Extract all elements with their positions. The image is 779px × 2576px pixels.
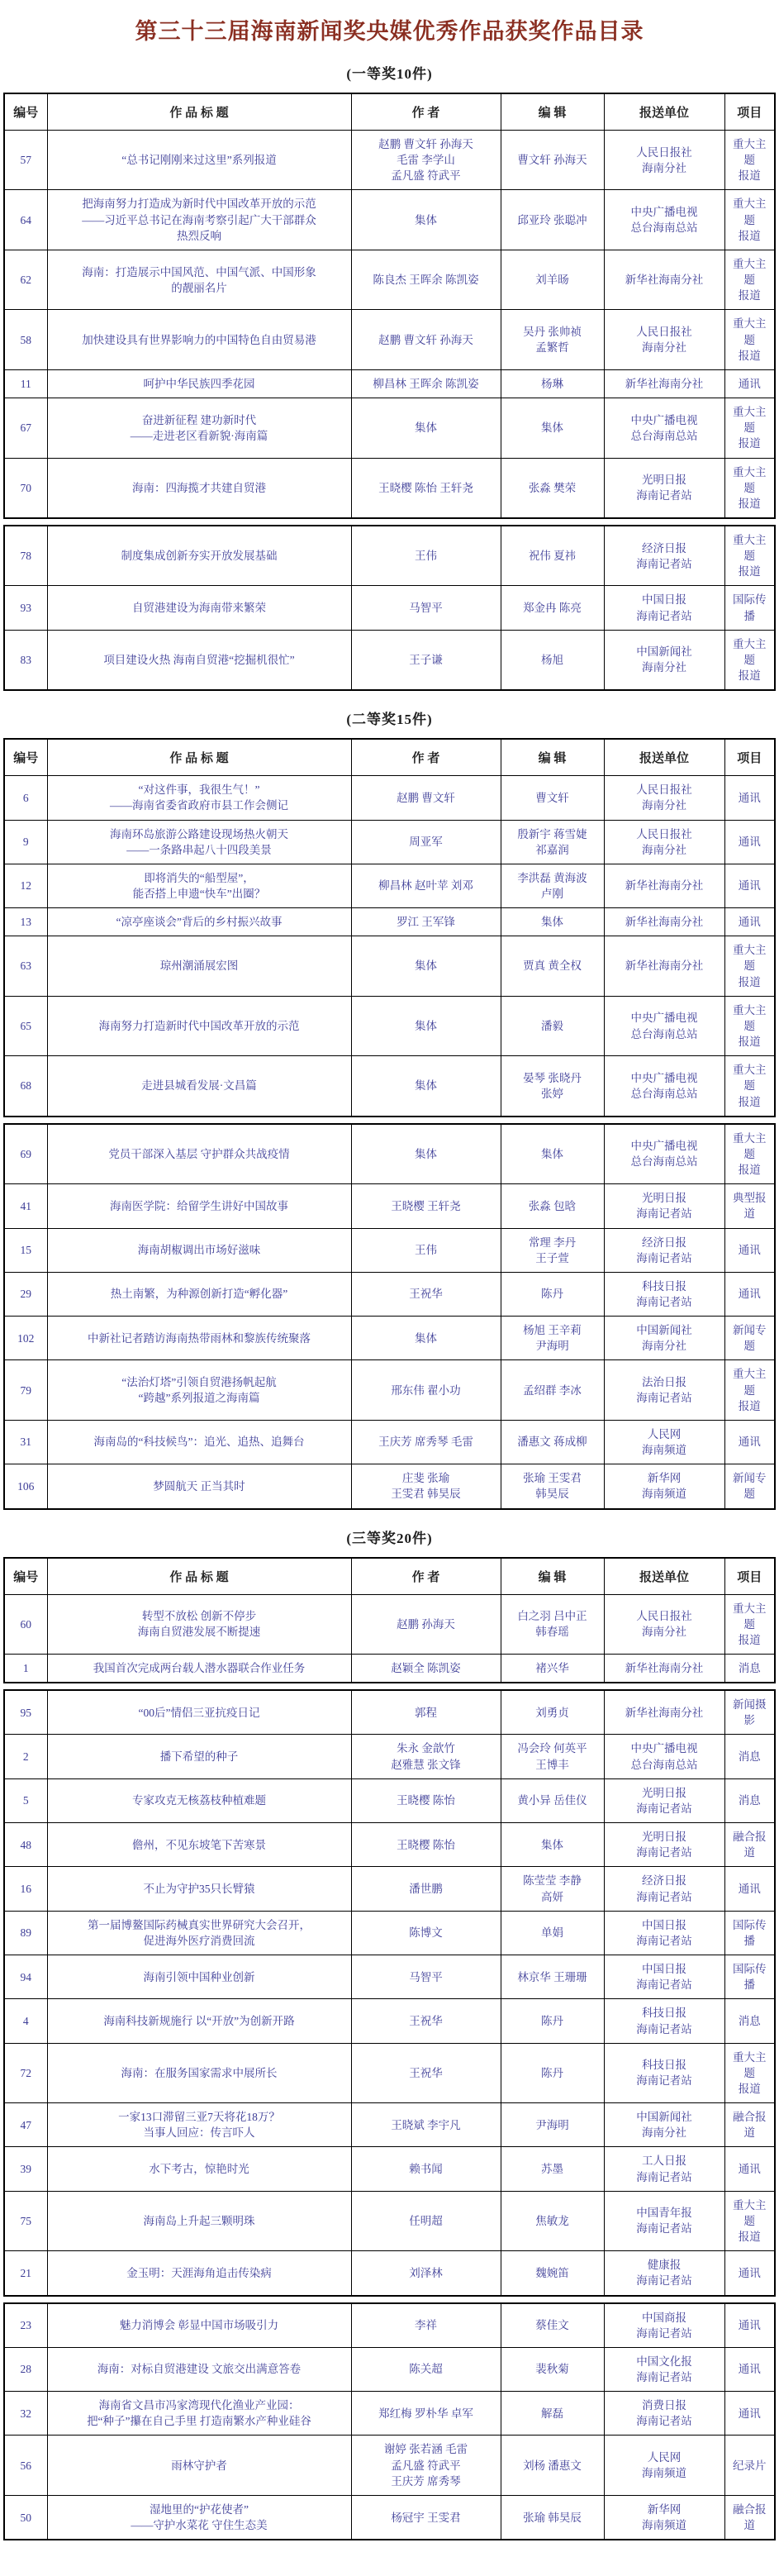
table-row: 60转型不放松 创新不停步 海南自贸港发展不断提速赵鹏 孙海天白之羽 吕中正 韩… [4,1594,775,1654]
cell-title: 儋州，不见东坡笔下苦寒景 [47,1823,351,1867]
cell-editors: 曹文轩 孙海天 [501,131,604,190]
cell-authors: 赵鹏 曹文轩 孙海天 毛雷 李学山 孟凡盛 符武平 [351,131,501,190]
cell-editors: 潘惠文 蒋成柳 [501,1420,604,1464]
cell-unit: 中国日报 海南记者站 [604,1911,724,1955]
cell-title: 海南省文昌市冯家湾现代化渔业产业园： 把“种子”攥在自己手里 打造南繁水产种业硅… [47,2392,351,2436]
cell-authors: 王晓樱 陈怡 [351,1823,501,1867]
table-row: 16不止为守护35只长臂猿潘世鹏陈莹莹 李静 高妍经济日报 海南记者站通讯 [4,1867,775,1911]
cell-authors: 赵鹏 孙海天 [351,1594,501,1654]
cell-title: 把海南努力打造成为新时代中国改革开放的示范 ——习近平总书记在海南考察引起广大干… [47,190,351,250]
cell-no: 56 [4,2436,47,2495]
cell-no: 89 [4,1911,47,1955]
cell-no: 57 [4,131,47,190]
cell-authors: 周亚军 [351,820,501,864]
header-row: 编号作 品 标 题作 者编 辑报送单位项目 [4,1558,775,1595]
cell-editors: 祝伟 夏祎 [501,526,604,586]
cell-no: 75 [4,2191,47,2250]
cell-title: 海南：打造展示中国风范、中国气派、中国形象 的靓丽名片 [47,250,351,309]
cell-unit: 光明日报 海南记者站 [604,1823,724,1867]
table-row: 68走进县城看发展·文昌篇集体晏琴 张晓丹 张婷中央广播电视 总台海南总站重大主… [4,1056,775,1117]
cell-category: 重大主题 报道 [724,996,775,1055]
cell-editors: 陈丹 [501,2043,604,2102]
cell-authors: 刘泽林 [351,2251,501,2296]
cell-title: 海南科技新规施行 以“开放”为创新开路 [47,1999,351,2043]
cell-category: 国际传播 [724,1955,775,1999]
cell-unit: 中国文化报 海南记者站 [604,2347,724,2391]
cell-category: 消息 [724,1999,775,2043]
cell-authors: 集体 [351,996,501,1055]
cell-authors: 赵鹏 曹文轩 孙海天 [351,310,501,369]
cell-title: 海南：对标自贸港建设 文旅交出满意答卷 [47,2347,351,2391]
cell-title: 项目建设火热 海南自贸港“挖掘机很忙” [47,630,351,690]
cell-editors: 冯会玲 何英平 王博丰 [501,1735,604,1778]
cell-title: “总书记刚刚来过这里”系列报道 [47,131,351,190]
cell-no: 63 [4,936,47,996]
cell-editors: 贾真 黄全权 [501,936,604,996]
cell-category: 重大主题 报道 [724,250,775,309]
cell-editors: 裴秋菊 [501,2347,604,2391]
cell-unit: 中央广播电视 总台海南总站 [604,398,724,458]
award-table: 69党员干部深入基层 守护群众共战疫情集体集体中央广播电视 总台海南总站重大主题… [3,1123,776,1510]
cell-unit: 人民网 海南频道 [604,2436,724,2495]
cell-editors: 集体 [501,1823,604,1867]
cell-unit: 人民网 海南频道 [604,1420,724,1464]
cell-authors: 柳昌林 王晖余 陈凯姿 [351,369,501,398]
cell-category: 新闻专题 [724,1464,775,1509]
table-row: 28海南：对标自贸港建设 文旅交出满意答卷陈关超裴秋菊中国文化报 海南记者站通讯 [4,2347,775,2391]
table-row: 62海南：打造展示中国风范、中国气派、中国形象 的靓丽名片陈良杰 王晖余 陈凯姿… [4,250,775,309]
cell-no: 83 [4,630,47,690]
cell-unit: 中国日报 海南记者站 [604,586,724,630]
cell-title: 加快建设具有世界影响力的中国特色自由贸易港 [47,310,351,369]
cell-authors: 集体 [351,1317,501,1360]
table-row: 15海南胡椒调出市场好滋味王伟常理 李丹 王子萱经济日报 海南记者站通讯 [4,1228,775,1272]
cell-no: 60 [4,1594,47,1654]
cell-no: 15 [4,1228,47,1272]
cell-title: 海南医学院：给留学生讲好中国故事 [47,1184,351,1228]
cell-category: 重大主题 报道 [724,2043,775,2102]
cell-no: 47 [4,2103,47,2147]
cell-category: 重大主题 报道 [724,310,775,369]
cell-category: 重大主题 报道 [724,1056,775,1117]
cell-authors: 罗江 王军锋 [351,908,501,936]
cell-authors: 赵颖全 陈凯姿 [351,1655,501,1683]
cell-unit: 新华网 海南频道 [604,1464,724,1509]
cell-title: 热土南繁，为种源创新打造“孵化器” [47,1272,351,1316]
cell-no: 16 [4,1867,47,1911]
cell-authors: 李祥 [351,2303,501,2348]
cell-editors: 晏琴 张晓丹 张婷 [501,1056,604,1117]
cell-category: 重大主题 报道 [724,630,775,690]
cell-authors: 潘世鹏 [351,1867,501,1911]
cell-editors: 李洪磊 黄海波 卢刚 [501,864,604,907]
table-row: 75海南岛上升起三颗明珠任明超焦敏龙中国青年报 海南记者站重大主题 报道 [4,2191,775,2250]
table-row: 93自贸港建设为海南带来繁荣马智平郑金冉 陈亮中国日报 海南记者站国际传播 [4,586,775,630]
cell-category: 新闻专题 [724,1317,775,1360]
cell-authors: 陈博文 [351,1911,501,1955]
column-header: 报送单位 [604,93,724,131]
cell-editors: 张淼 樊荣 [501,458,604,518]
cell-category: 融合报道 [724,1823,775,1867]
table-row: 65海南努力打造新时代中国改革开放的示范集体潘毅中央广播电视 总台海南总站重大主… [4,996,775,1055]
table-row: 72海南：在服务国家需求中展所长王祝华陈丹科技日报 海南记者站重大主题 报道 [4,2043,775,2102]
cell-authors: 集体 [351,190,501,250]
cell-authors: 赵鹏 曹文轩 [351,776,501,820]
table-row: 32海南省文昌市冯家湾现代化渔业产业园： 把“种子”攥在自己手里 打造南繁水产种… [4,2392,775,2436]
table-row: 95“00后”情侣三亚抗疫日记郭程刘勇贞新华社海南分社新闻摄影 [4,1690,775,1735]
cell-no: 64 [4,190,47,250]
cell-unit: 科技日报 海南记者站 [604,1272,724,1316]
cell-authors: 集体 [351,1124,501,1184]
table-row: 9海南环岛旅游公路建设现场热火朝天 ——一条路串起八十四段美景周亚军殷新宇 蒋雪… [4,820,775,864]
header-row: 编号作 品 标 题作 者编 辑报送单位项目 [4,739,775,776]
cell-title: 第一届博鳌国际药械真实世界研究大会召开， 促进海外医疗消费回流 [47,1911,351,1955]
cell-editors: 集体 [501,908,604,936]
cell-editors: 郑金冉 陈亮 [501,586,604,630]
cell-unit: 新华社海南分社 [604,369,724,398]
cell-editors: 蔡佳文 [501,2303,604,2348]
column-header: 报送单位 [604,1558,724,1595]
cell-no: 28 [4,2347,47,2391]
cell-no: 106 [4,1464,47,1509]
cell-title: 专家攻克无核荔枝种植难题 [47,1778,351,1822]
cell-editors: 殷新宇 蒋雪婕 祁嘉润 [501,820,604,864]
table-row: 56雨林守护者谢婷 张若涵 毛雷 孟凡盛 符武平 王庆芳 席秀琴刘杨 潘惠文人民… [4,2436,775,2495]
table-row: 12即将消失的“船型屋”， 能否搭上申遗“快车”出圈？柳昌林 赵叶苹 刘邓李洪磊… [4,864,775,907]
table-row: 50湿地里的“护花使者” ——守护水菜花 守住生态美杨冠宇 王雯君张瑜 韩昊辰新… [4,2495,775,2540]
table-row: 1我国首次完成两台载人潜水器联合作业任务赵颖全 陈凯姿褚兴华新华社海南分社消息 [4,1655,775,1683]
table-row: 23魅力消博会 彰显中国市场吸引力李祥蔡佳文中国商报 海南记者站通讯 [4,2303,775,2348]
cell-unit: 消费日报 海南记者站 [604,2392,724,2436]
cell-unit: 中国青年报 海南记者站 [604,2191,724,2250]
table-row: 2播下希望的种子朱永 金歆竹 赵雅慧 张文锋冯会玲 何英平 王博丰中央广播电视 … [4,1735,775,1778]
cell-title: 海南岛的“科技候鸟”：追光、追热、追舞台 [47,1420,351,1464]
cell-title: 琼州潮涌展宏图 [47,936,351,996]
cell-no: 12 [4,864,47,907]
cell-category: 重大主题 报道 [724,1594,775,1654]
cell-category: 通讯 [724,864,775,907]
column-header: 编号 [4,739,47,776]
cell-category: 通讯 [724,2251,775,2296]
cell-no: 72 [4,2043,47,2102]
cell-unit: 健康报 海南记者站 [604,2251,724,2296]
cell-category: 重大主题 报道 [724,2191,775,2250]
cell-editors: 杨琳 [501,369,604,398]
cell-title: 播下希望的种子 [47,1735,351,1778]
table-row: 21金玉明：天涯海角追击传染病刘泽林魏婉笛健康报 海南记者站通讯 [4,2251,775,2296]
cell-unit: 经济日报 海南记者站 [604,1228,724,1272]
cell-no: 31 [4,1420,47,1464]
cell-editors: 张瑜 韩昊辰 [501,2495,604,2540]
header-row: 编号作 品 标 题作 者编 辑报送单位项目 [4,93,775,131]
table-row: 39水下考古，惊艳时光赖书闻苏墨工人日报 海南记者站通讯 [4,2147,775,2191]
cell-no: 79 [4,1360,47,1420]
column-header: 作 品 标 题 [47,739,351,776]
table-row: 102中新社记者踏访海南热带雨林和黎族传统聚落集体杨旭 王辛莉 尹海明中国新闻社… [4,1317,775,1360]
cell-category: 重大主题 报道 [724,398,775,458]
cell-title: 海南环岛旅游公路建设现场热火朝天 ——一条路串起八十四段美景 [47,820,351,864]
cell-unit: 人民日报社 海南分社 [604,131,724,190]
cell-editors: 集体 [501,1124,604,1184]
cell-no: 29 [4,1272,47,1316]
cell-title: 海南努力打造新时代中国改革开放的示范 [47,996,351,1055]
cell-unit: 中央广播电视 总台海南总站 [604,1056,724,1117]
cell-editors: 焦敏龙 [501,2191,604,2250]
cell-title: 党员干部深入基层 守护群众共战疫情 [47,1124,351,1184]
cell-editors: 陈丹 [501,1272,604,1316]
cell-no: 4 [4,1999,47,2043]
award-table: 编号作 品 标 题作 者编 辑报送单位项目6“对这件事，我很生气！” ——海南省… [3,738,776,1117]
cell-unit: 新华社海南分社 [604,936,724,996]
cell-unit: 中国日报 海南记者站 [604,1955,724,1999]
cell-title: 即将消失的“船型屋”， 能否搭上申遗“快车”出圈？ [47,864,351,907]
cell-authors: 柳昌林 赵叶苹 刘邓 [351,864,501,907]
table-row: 29热土南繁，为种源创新打造“孵化器”王祝华陈丹科技日报 海南记者站通讯 [4,1272,775,1316]
cell-authors: 王晓樱 王轩尧 [351,1184,501,1228]
column-header: 作 品 标 题 [47,1558,351,1595]
cell-authors: 王伟 [351,1228,501,1272]
cell-title: 我国首次完成两台载人潜水器联合作业任务 [47,1655,351,1683]
table-row: 57“总书记刚刚来过这里”系列报道赵鹏 曹文轩 孙海天 毛雷 李学山 孟凡盛 符… [4,131,775,190]
table-row: 5专家攻克无核荔枝种植难题王晓樱 陈怡黄小异 岳佳仪光明日报 海南记者站消息 [4,1778,775,1822]
cell-editors: 吴丹 张帅祯 孟繁哲 [501,310,604,369]
cell-no: 70 [4,458,47,518]
column-header: 报送单位 [604,739,724,776]
cell-editors: 杨旭 王辛莉 尹海明 [501,1317,604,1360]
cell-unit: 中国新闻社 海南分社 [604,2103,724,2147]
cell-unit: 新华社海南分社 [604,250,724,309]
cell-authors: 庄斐 张瑜 王雯君 韩昊辰 [351,1464,501,1509]
cell-title: 金玉明：天涯海角追击传染病 [47,2251,351,2296]
cell-authors: 陈良杰 王晖余 陈凯姿 [351,250,501,309]
cell-unit: 新华社海南分社 [604,1690,724,1735]
cell-editors: 杨旭 [501,630,604,690]
cell-category: 融合报道 [724,2495,775,2540]
cell-no: 93 [4,586,47,630]
cell-editors: 刘羊旸 [501,250,604,309]
column-header: 作 者 [351,739,501,776]
cell-title: 不止为守护35只长臂猿 [47,1867,351,1911]
cell-no: 62 [4,250,47,309]
cell-no: 67 [4,398,47,458]
cell-editors: 集体 [501,398,604,458]
cell-authors: 马智平 [351,586,501,630]
cell-category: 通讯 [724,2303,775,2348]
cell-category: 通讯 [724,369,775,398]
cell-no: 94 [4,1955,47,1999]
cell-category: 通讯 [724,1867,775,1911]
table-row: 79“法治灯塔”引领自贸港扬帆起航 “跨越”系列报道之海南篇邢东伟 翟小功孟绍群… [4,1360,775,1420]
cell-no: 23 [4,2303,47,2348]
cell-authors: 邢东伟 翟小功 [351,1360,501,1420]
award-table: 编号作 品 标 题作 者编 辑报送单位项目57“总书记刚刚来过这里”系列报道赵鹏… [3,93,776,519]
cell-authors: 王祝华 [351,1272,501,1316]
award-table: 78制度集成创新夯实开放发展基础王伟祝伟 夏祎经济日报 海南记者站重大主题 报道… [3,525,776,691]
cell-no: 6 [4,776,47,820]
cell-title: 湿地里的“护花使者” ——守护水菜花 守住生态美 [47,2495,351,2540]
cell-editors: 尹海明 [501,2103,604,2147]
cell-unit: 光明日报 海南记者站 [604,458,724,518]
cell-category: 典型报道 [724,1184,775,1228]
section-heading: (三等奖20件) [0,1526,779,1547]
cell-category: 重大主题 报道 [724,131,775,190]
cell-title: 雨林守护者 [47,2436,351,2495]
cell-category: 重大主题 报道 [724,190,775,250]
cell-title: 自贸港建设为海南带来繁荣 [47,586,351,630]
cell-authors: 王伟 [351,526,501,586]
cell-title: 转型不放松 创新不停步 海南自贸港发展不断提速 [47,1594,351,1654]
cell-editors: 刘勇贞 [501,1690,604,1735]
cell-title: 海南引领中国种业创新 [47,1955,351,1999]
column-header: 作 品 标 题 [47,93,351,131]
award-table: 95“00后”情侣三亚抗疫日记郭程刘勇贞新华社海南分社新闻摄影2播下希望的种子朱… [3,1689,776,2296]
cell-category: 融合报道 [724,2103,775,2147]
cell-authors: 郭程 [351,1690,501,1735]
column-header: 作 者 [351,93,501,131]
cell-editors: 黄小异 岳佳仪 [501,1778,604,1822]
cell-category: 通讯 [724,2392,775,2436]
cell-editors: 曹文轩 [501,776,604,820]
cell-editors: 潘毅 [501,996,604,1055]
cell-unit: 人民日报社 海南分社 [604,310,724,369]
cell-no: 65 [4,996,47,1055]
cell-authors: 王晓斌 李宇凡 [351,2103,501,2147]
cell-authors: 集体 [351,1056,501,1117]
section-heading: (二等奖15件) [0,707,779,728]
cell-category: 重大主题 报道 [724,526,775,586]
cell-category: 通讯 [724,2147,775,2191]
cell-no: 2 [4,1735,47,1778]
cell-unit: 中国新闻社 海南分社 [604,1317,724,1360]
cell-unit: 中央广播电视 总台海南总站 [604,190,724,250]
cell-no: 102 [4,1317,47,1360]
cell-authors: 王晓樱 陈怡 王轩尧 [351,458,501,518]
cell-authors: 集体 [351,398,501,458]
cell-authors: 王子谦 [351,630,501,690]
cell-editors: 邱亚玲 张聪冲 [501,190,604,250]
cell-title: 海南：四海揽才共建自贸港 [47,458,351,518]
cell-title: 呵护中华民族四季花园 [47,369,351,398]
cell-editors: 张淼 包晗 [501,1184,604,1228]
cell-category: 重大主题 报道 [724,458,775,518]
cell-unit: 光明日报 海南记者站 [604,1778,724,1822]
cell-no: 78 [4,526,47,586]
cell-no: 50 [4,2495,47,2540]
cell-unit: 经济日报 海南记者站 [604,1867,724,1911]
cell-authors: 王晓樱 陈怡 [351,1778,501,1822]
cell-category: 重大主题 报道 [724,936,775,996]
cell-category: 通讯 [724,820,775,864]
cell-category: 通讯 [724,908,775,936]
table-row: 83项目建设火热 海南自贸港“挖掘机很忙”王子谦杨旭中国新闻社 海南分社重大主题… [4,630,775,690]
cell-unit: 中国商报 海南记者站 [604,2303,724,2348]
column-header: 编 辑 [501,1558,604,1595]
cell-title: 制度集成创新夯实开放发展基础 [47,526,351,586]
cell-no: 95 [4,1690,47,1735]
cell-unit: 新华社海南分社 [604,908,724,936]
cell-category: 消息 [724,1655,775,1683]
column-header: 编 辑 [501,93,604,131]
cell-unit: 中央广播电视 总台海南总站 [604,1124,724,1184]
table-row: 67奋进新征程 建功新时代 ——走进老区看新貌·海南篇集体集体中央广播电视 总台… [4,398,775,458]
cell-unit: 新华社海南分社 [604,864,724,907]
table-row: 47一家13口滞留三亚7天将花18万？ 当事人回应：传言吓人王晓斌 李宇凡尹海明… [4,2103,775,2147]
cell-category: 新闻摄影 [724,1690,775,1735]
award-table: 编号作 品 标 题作 者编 辑报送单位项目60转型不放松 创新不停步 海南自贸港… [3,1557,776,1684]
cell-category: 重大主题 报道 [724,1124,775,1184]
cell-unit: 科技日报 海南记者站 [604,2043,724,2102]
cell-title: “凉亭座谈会”背后的乡村振兴故事 [47,908,351,936]
cell-authors: 陈关超 [351,2347,501,2391]
cell-title: 海南胡椒调出市场好滋味 [47,1228,351,1272]
cell-no: 39 [4,2147,47,2191]
cell-title: 海南岛上升起三颗明珠 [47,2191,351,2250]
column-header: 作 者 [351,1558,501,1595]
cell-authors: 杨冠宇 王雯君 [351,2495,501,2540]
cell-no: 5 [4,1778,47,1822]
table-row: 94海南引领中国种业创新马智平林京华 王珊珊中国日报 海南记者站国际传播 [4,1955,775,1999]
cell-unit: 光明日报 海南记者站 [604,1184,724,1228]
cell-authors: 赖书闻 [351,2147,501,2191]
cell-unit: 经济日报 海南记者站 [604,526,724,586]
cell-unit: 人民日报社 海南分社 [604,820,724,864]
cell-editors: 解磊 [501,2392,604,2436]
award-catalog-page: 第三十三届海南新闻奖央媒优秀作品获奖作品目录 (一等奖10件)编号作 品 标 题… [0,13,779,2576]
cell-unit: 新华社海南分社 [604,1655,724,1683]
cell-title: 中新社记者踏访海南热带雨林和黎族传统聚落 [47,1317,351,1360]
cell-editors: 白之羽 吕中正 韩春瑶 [501,1594,604,1654]
cell-unit: 人民日报社 海南分社 [604,1594,724,1654]
cell-editors: 魏婉笛 [501,2251,604,2296]
cell-editors: 陈莹莹 李静 高妍 [501,1867,604,1911]
cell-unit: 中央广播电视 总台海南总站 [604,1735,724,1778]
column-header: 项目 [724,1558,775,1595]
award-table: 23魅力消博会 彰显中国市场吸引力李祥蔡佳文中国商报 海南记者站通讯28海南：对… [3,2302,776,2541]
cell-category: 国际传播 [724,586,775,630]
cell-no: 11 [4,369,47,398]
cell-title: 海南：在服务国家需求中展所长 [47,2043,351,2102]
table-row: 41海南医学院：给留学生讲好中国故事王晓樱 王轩尧张淼 包晗光明日报 海南记者站… [4,1184,775,1228]
cell-title: 梦圆航天 正当其时 [47,1464,351,1509]
table-row: 64把海南努力打造成为新时代中国改革开放的示范 ——习近平总书记在海南考察引起广… [4,190,775,250]
table-row: 4海南科技新规施行 以“开放”为创新开路王祝华陈丹科技日报 海南记者站消息 [4,1999,775,2043]
cell-unit: 中央广播电视 总台海南总站 [604,996,724,1055]
column-header: 项目 [724,93,775,131]
table-row: 69党员干部深入基层 守护群众共战疫情集体集体中央广播电视 总台海南总站重大主题… [4,1124,775,1184]
cell-no: 13 [4,908,47,936]
cell-unit: 新华网 海南频道 [604,2495,724,2540]
table-row: 70海南：四海揽才共建自贸港王晓樱 陈怡 王轩尧张淼 樊荣光明日报 海南记者站重… [4,458,775,518]
cell-editors: 苏墨 [501,2147,604,2191]
cell-category: 通讯 [724,2347,775,2391]
cell-no: 68 [4,1056,47,1117]
table-row: 89第一届博鳌国际药械真实世界研究大会召开， 促进海外医疗消费回流陈博文单娟中国… [4,1911,775,1955]
cell-title: 水下考古，惊艳时光 [47,2147,351,2191]
cell-no: 48 [4,1823,47,1867]
award-sections: (一等奖10件)编号作 品 标 题作 者编 辑报送单位项目57“总书记刚刚来过这… [0,62,779,2540]
cell-title: 魅力消博会 彰显中国市场吸引力 [47,2303,351,2348]
cell-no: 69 [4,1124,47,1184]
cell-category: 通讯 [724,1420,775,1464]
column-header: 项目 [724,739,775,776]
cell-category: 消息 [724,1735,775,1778]
cell-category: 通讯 [724,1228,775,1272]
table-row: 106梦圆航天 正当其时庄斐 张瑜 王雯君 韩昊辰张瑜 王雯君 韩昊辰新华网 海… [4,1464,775,1509]
cell-no: 1 [4,1655,47,1683]
table-row: 63琼州潮涌展宏图集体贾真 黄全权新华社海南分社重大主题 报道 [4,936,775,996]
cell-authors: 郑红梅 罗朴华 卓军 [351,2392,501,2436]
column-header: 编号 [4,1558,47,1595]
